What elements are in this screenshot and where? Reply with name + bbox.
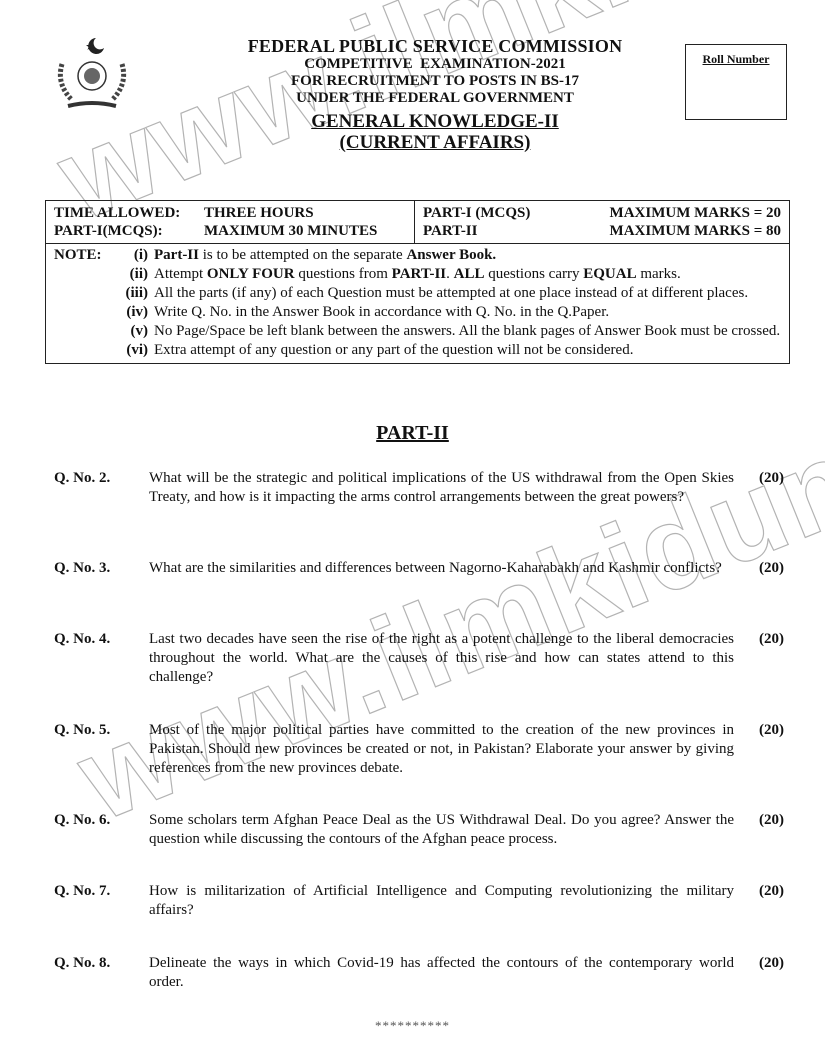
exam-name: COMPETITIVE EXAMINATION-2021: [200, 56, 670, 73]
note-item: (iii) All the parts (if any) of each Que…: [54, 284, 783, 303]
question-item: Q. No. 2.What will be the strategic and …: [54, 469, 784, 507]
part1-time-value: MAXIMUM 30 MINUTES: [204, 222, 377, 240]
note-item: NOTE:(i) Part-II is to be attempted on t…: [54, 246, 783, 265]
org-name: FEDERAL PUBLIC SERVICE COMMISSION: [200, 36, 670, 56]
note-item: (iv) Write Q. No. in the Answer Book in …: [54, 303, 783, 322]
question-item: Q. No. 8.Delineate the ways in which Cov…: [54, 954, 784, 992]
roll-number-label: Roll Number: [686, 52, 786, 67]
part1-label: PART-I (MCQS): [423, 204, 530, 222]
note-item: (ii) Attempt ONLY FOUR questions from PA…: [54, 265, 783, 284]
exam-info-box: TIME ALLOWED: THREE HOURS PART-I(MCQS): …: [45, 200, 790, 364]
question-item: Q. No. 5.Most of the major political par…: [54, 721, 784, 778]
part-title: PART-II: [0, 422, 825, 445]
question-item: Q. No. 6.Some scholars term Afghan Peace…: [54, 811, 784, 849]
question-item: Q. No. 4.Last two decades have seen the …: [54, 630, 784, 687]
part2-label: PART-II: [423, 222, 478, 240]
part1-time-label: PART-I(MCQS):: [54, 222, 204, 240]
part1-marks: MAXIMUM MARKS = 20: [610, 204, 781, 222]
recruitment-line: FOR RECRUITMENT TO POSTS IN BS-17: [200, 73, 670, 90]
end-marker: **********: [0, 1018, 825, 1034]
subject-subtitle: (CURRENT AFFAIRS): [200, 132, 670, 153]
time-allowed-value: THREE HOURS: [204, 204, 314, 222]
fpsc-emblem-icon: [52, 34, 132, 114]
government-line: UNDER THE FEDERAL GOVERNMENT: [200, 90, 670, 107]
roll-number-box: Roll Number: [685, 44, 787, 120]
question-item: Q. No. 7.How is militarization of Artifi…: [54, 882, 784, 920]
notes-section: NOTE:(i) Part-II is to be attempted on t…: [46, 244, 789, 363]
subject-title: GENERAL KNOWLEDGE-II: [200, 111, 670, 132]
exam-header: FEDERAL PUBLIC SERVICE COMMISSION COMPET…: [200, 36, 670, 153]
time-allowed-label: TIME ALLOWED:: [54, 204, 204, 222]
note-title: NOTE:: [54, 246, 102, 265]
note-item: (v) No Page/Space be left blank between …: [54, 322, 783, 341]
part2-marks: MAXIMUM MARKS = 80: [610, 222, 781, 240]
question-item: Q. No. 3.What are the similarities and d…: [54, 559, 784, 578]
note-item: (vi) Extra attempt of any question or an…: [54, 341, 783, 360]
